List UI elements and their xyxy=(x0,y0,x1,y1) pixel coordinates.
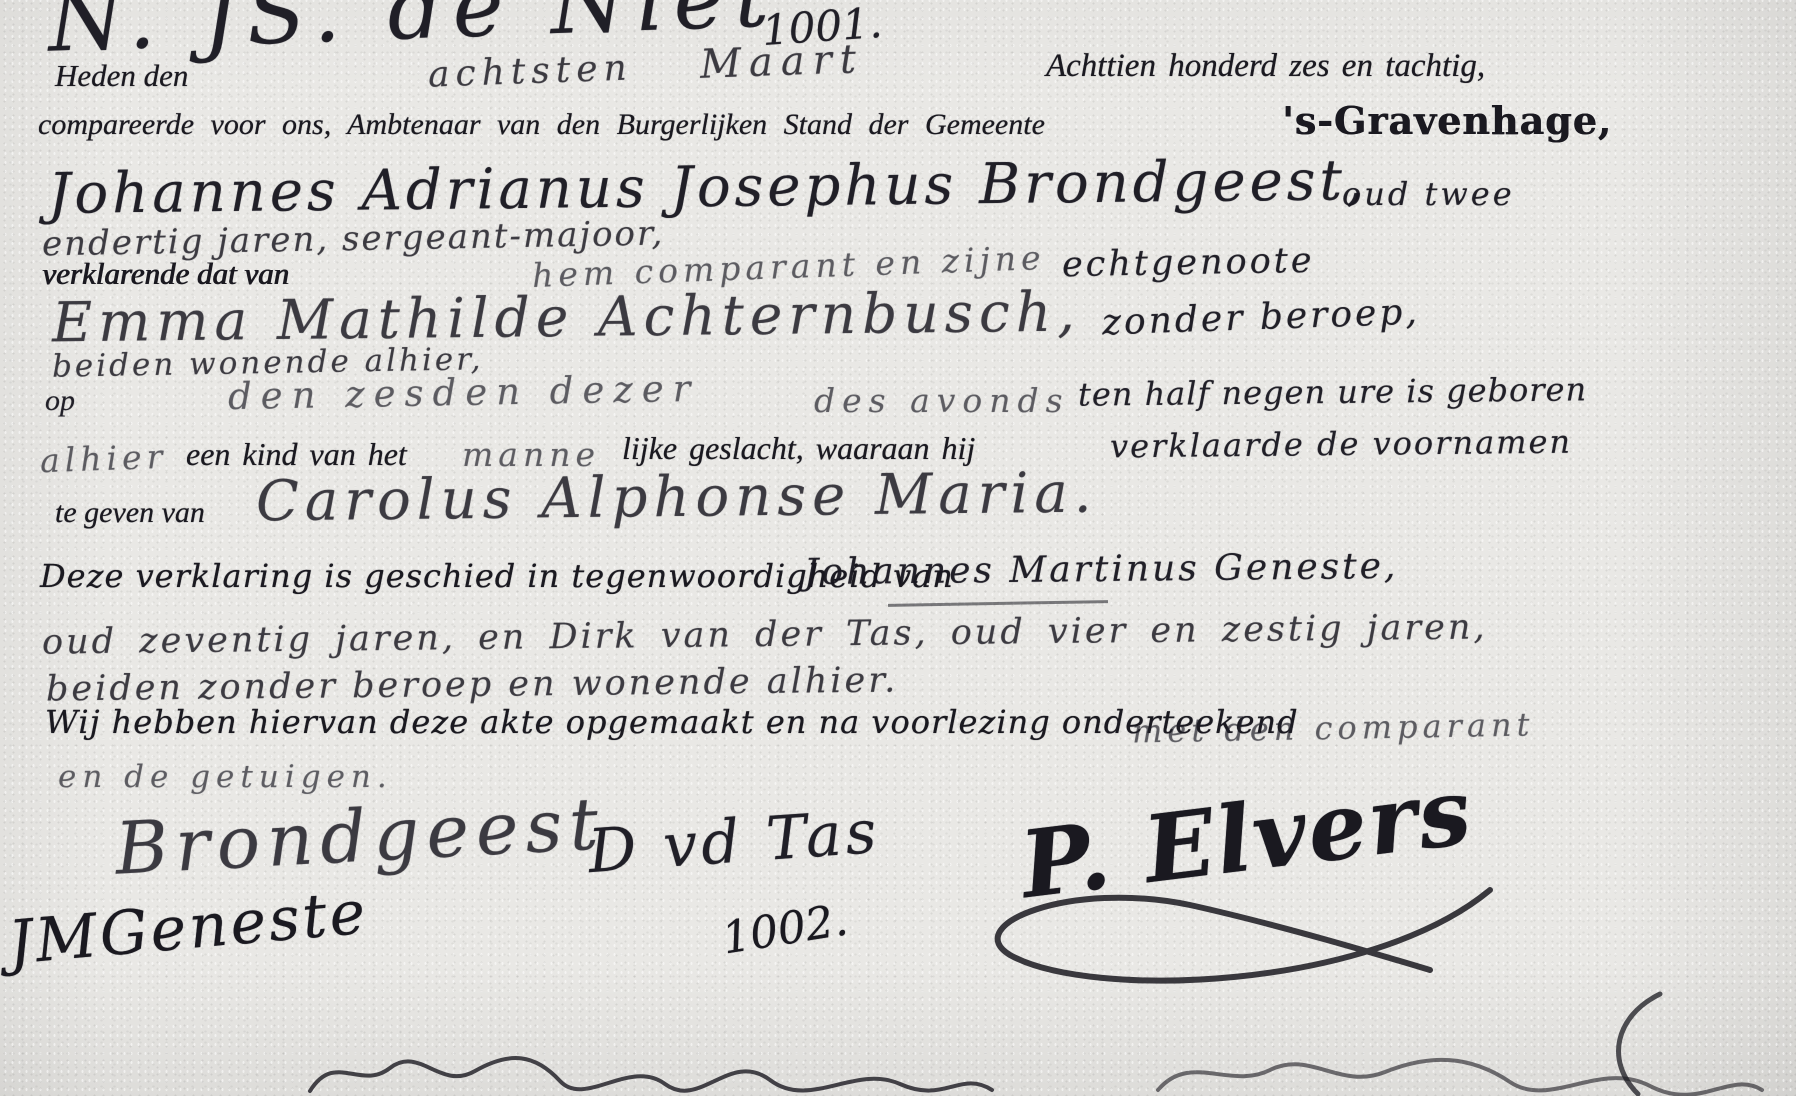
closing-main: Wij hebben hiervan deze akte opgemaakt e… xyxy=(45,706,1299,738)
handwritten-day: achtsten xyxy=(427,50,633,93)
witness-ages: oud zeventig jaren, en Dirk van der Tas,… xyxy=(42,610,1488,660)
witness1-name: Johannes Martinus Geneste, xyxy=(804,549,1399,591)
scanned-birth-record: N. JS. de Niet 1001. Heden den achtsten … xyxy=(0,0,1796,1096)
birth-time-rest: ten half negen ure is geboren xyxy=(1078,373,1587,410)
voornamen-phrase: verklaarde de voornamen xyxy=(1110,426,1572,463)
witness-residence: beiden zonder beroep en wonende alhier. xyxy=(46,664,899,708)
printed-heden-den: Heden den xyxy=(55,60,188,91)
next-act-number: 1002. xyxy=(719,898,850,961)
cutoff-handwriting-left xyxy=(300,1036,1000,1096)
closing-witnesses: en de getuigen. xyxy=(58,762,393,793)
declarant-name: Johannes Adrianus Josephus Brondgeest, xyxy=(48,153,1368,223)
printed-op: op xyxy=(45,386,75,416)
printed-year-words: Achttien honderd zes en tachtig, xyxy=(1046,50,1485,83)
printed-verklarende: verklarende dat van xyxy=(42,258,289,289)
signature-witness-tas: D vd Tas xyxy=(586,802,882,882)
child-phrase-rest: lijke geslacht, waaraan hij xyxy=(622,432,975,464)
mother-occupation: zonder beroep, xyxy=(1101,294,1420,341)
underline-mark xyxy=(888,600,1108,607)
signature-witness-geneste: JMGeneste xyxy=(6,882,370,973)
clerk-inscription: N. JS. de Niet xyxy=(47,0,780,65)
birth-time-evening: des avonds xyxy=(814,384,1070,417)
alhier-word: alhier xyxy=(39,440,167,477)
handwritten-month: Maart xyxy=(699,39,864,85)
cutoff-paren-mark xyxy=(1560,986,1680,1096)
closing-comparant: met den comparant xyxy=(1132,708,1535,747)
printed-gemeente-name: 's-Gravenhage, xyxy=(1282,102,1612,140)
registrar-flourish xyxy=(950,860,1510,990)
child-phrase-start: een kind van het xyxy=(186,438,407,470)
printed-te-geven-van: te geven van xyxy=(55,498,205,528)
declarant-age-start: oud twee xyxy=(1342,178,1515,210)
birth-day: den zesden dezer xyxy=(228,370,700,415)
signature-declarant: Brondgeest xyxy=(113,787,606,885)
mother-name: Emma Mathilde Achternbusch, xyxy=(52,285,1081,351)
child-names: Carolus Alphonse Maria. xyxy=(256,466,1098,531)
printed-compareerde: compareerde voor ons, Ambtenaar van den … xyxy=(38,110,1045,140)
echtgenoote-word: echtgenoote xyxy=(1062,244,1315,283)
